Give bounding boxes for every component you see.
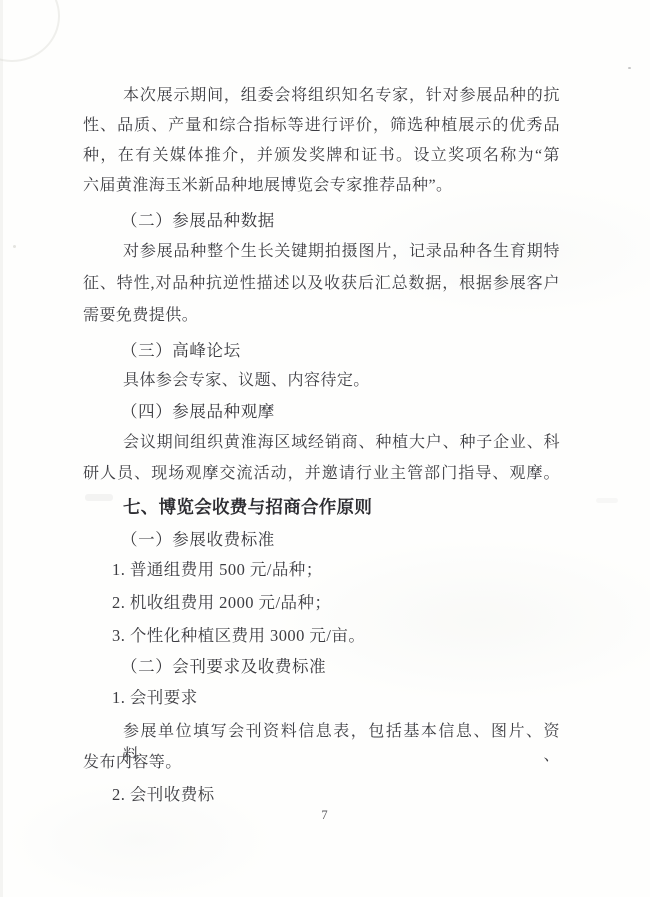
scan-speck bbox=[628, 67, 631, 69]
paragraph-line: 种，在有关媒体推介，并颁发奖牌和证书。设立奖项名称为“第 bbox=[83, 144, 560, 168]
section-heading-kai: （一）参展收费标准 bbox=[83, 528, 598, 552]
section-heading-kai: （二）会刊要求及收费标准 bbox=[83, 655, 598, 679]
paragraph-line: 六届黄淮海玉米新品种地展博览会专家推荐品种”。 bbox=[83, 174, 560, 198]
paragraph-line: 征、特性,对品种抗逆性描述以及收获后汇总数据，根据参展客户 bbox=[83, 272, 560, 296]
paragraph-line: 发布内容等。 bbox=[83, 751, 560, 775]
paragraph-line: 本次展示期间，组委会将组织知名专家，针对参展品种的抗 bbox=[83, 84, 560, 108]
document-page: 本次展示期间，组委会将组织知名专家，针对参展品种的抗 性、品质、产量和综合指标等… bbox=[0, 0, 650, 897]
paragraph-line: 需要免费提供。 bbox=[83, 304, 560, 328]
fee-item: 2. 会刊收费标 bbox=[83, 783, 589, 807]
paragraph-line: 研人员、现场观摩交流活动，并邀请行业主管部门指导、观摩。 bbox=[83, 462, 560, 486]
fee-item: 3. 个性化种植区费用 3000 元/亩。 bbox=[83, 624, 589, 648]
fee-item: 1. 普通组费用 500 元/品种； bbox=[83, 558, 589, 582]
fee-item: 1. 会刊要求 bbox=[83, 686, 589, 710]
page-number: 7 bbox=[0, 808, 650, 823]
section-heading-kai: （三）高峰论坛 bbox=[83, 339, 598, 363]
paragraph-line: 性、品质、产量和综合指标等进行评价，筛选种植展示的优秀品 bbox=[83, 114, 560, 138]
paragraph-line: 会议期间组织黄淮海区域经销商、种植大户、种子企业、科 bbox=[83, 431, 560, 455]
fee-item: 2. 机收组费用 2000 元/品种； bbox=[83, 591, 589, 615]
section-heading-kai: （二）参展品种数据 bbox=[83, 209, 598, 233]
paragraph-line: 对参展品种整个生长关键期拍摄图片，记录品种各生育期特 bbox=[83, 240, 560, 264]
paragraph-line: 具体参会专家、议题、内容待定。 bbox=[83, 369, 560, 393]
scan-edge-shadow bbox=[0, 0, 3, 897]
section-heading-bold: 七、博览会收费与招商合作原则 bbox=[83, 495, 600, 519]
section-heading-kai: （四）参展品种观摩 bbox=[83, 400, 598, 424]
scan-speck bbox=[13, 245, 16, 248]
scan-arc-artifact bbox=[0, 0, 60, 62]
